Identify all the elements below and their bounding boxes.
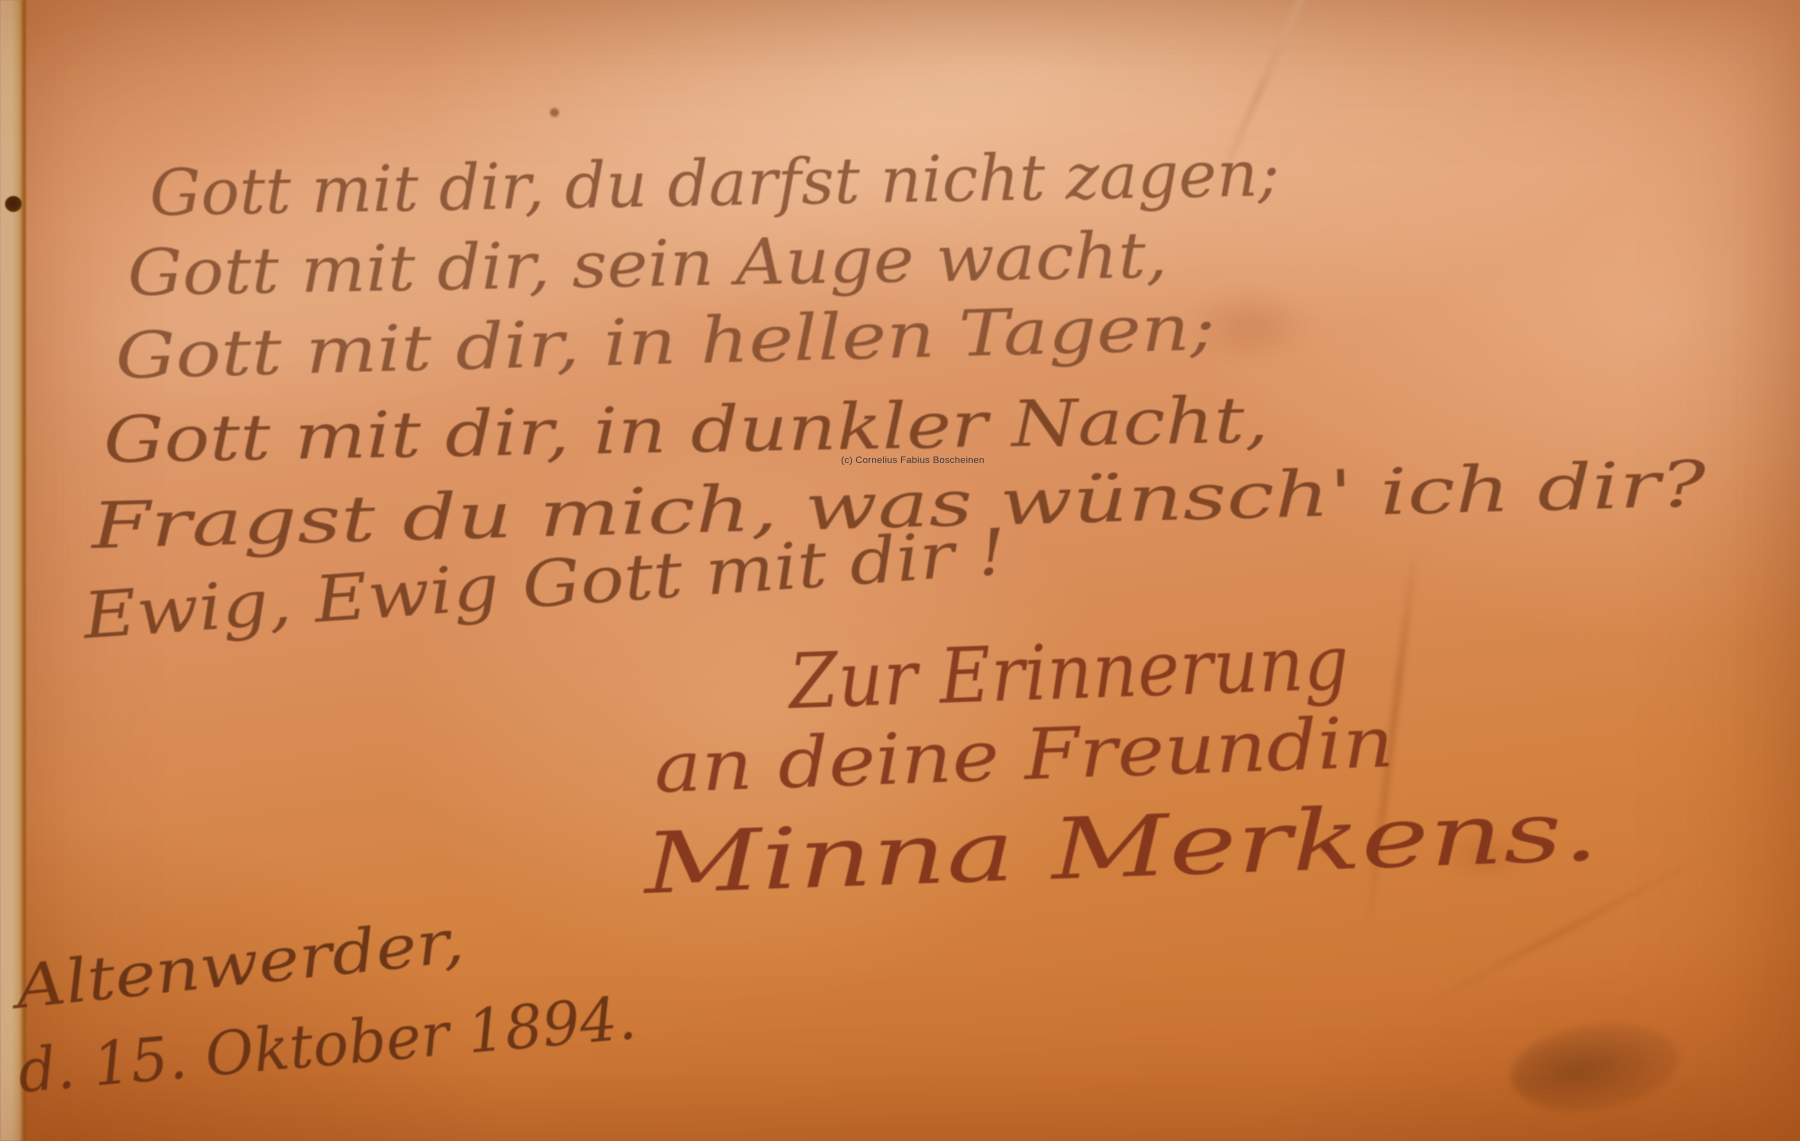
album-page-photo: Gott mit dir, du darfst nicht zagen; Got… xyxy=(0,0,1800,1141)
poem-line-1: Gott mit dir, du darfst nicht zagen; xyxy=(149,137,1280,231)
watermark-text: (c) Cornelius Fabius Boscheinen xyxy=(841,455,985,466)
handwriting-layer: Gott mit dir, du darfst nicht zagen; Got… xyxy=(0,0,1800,1141)
